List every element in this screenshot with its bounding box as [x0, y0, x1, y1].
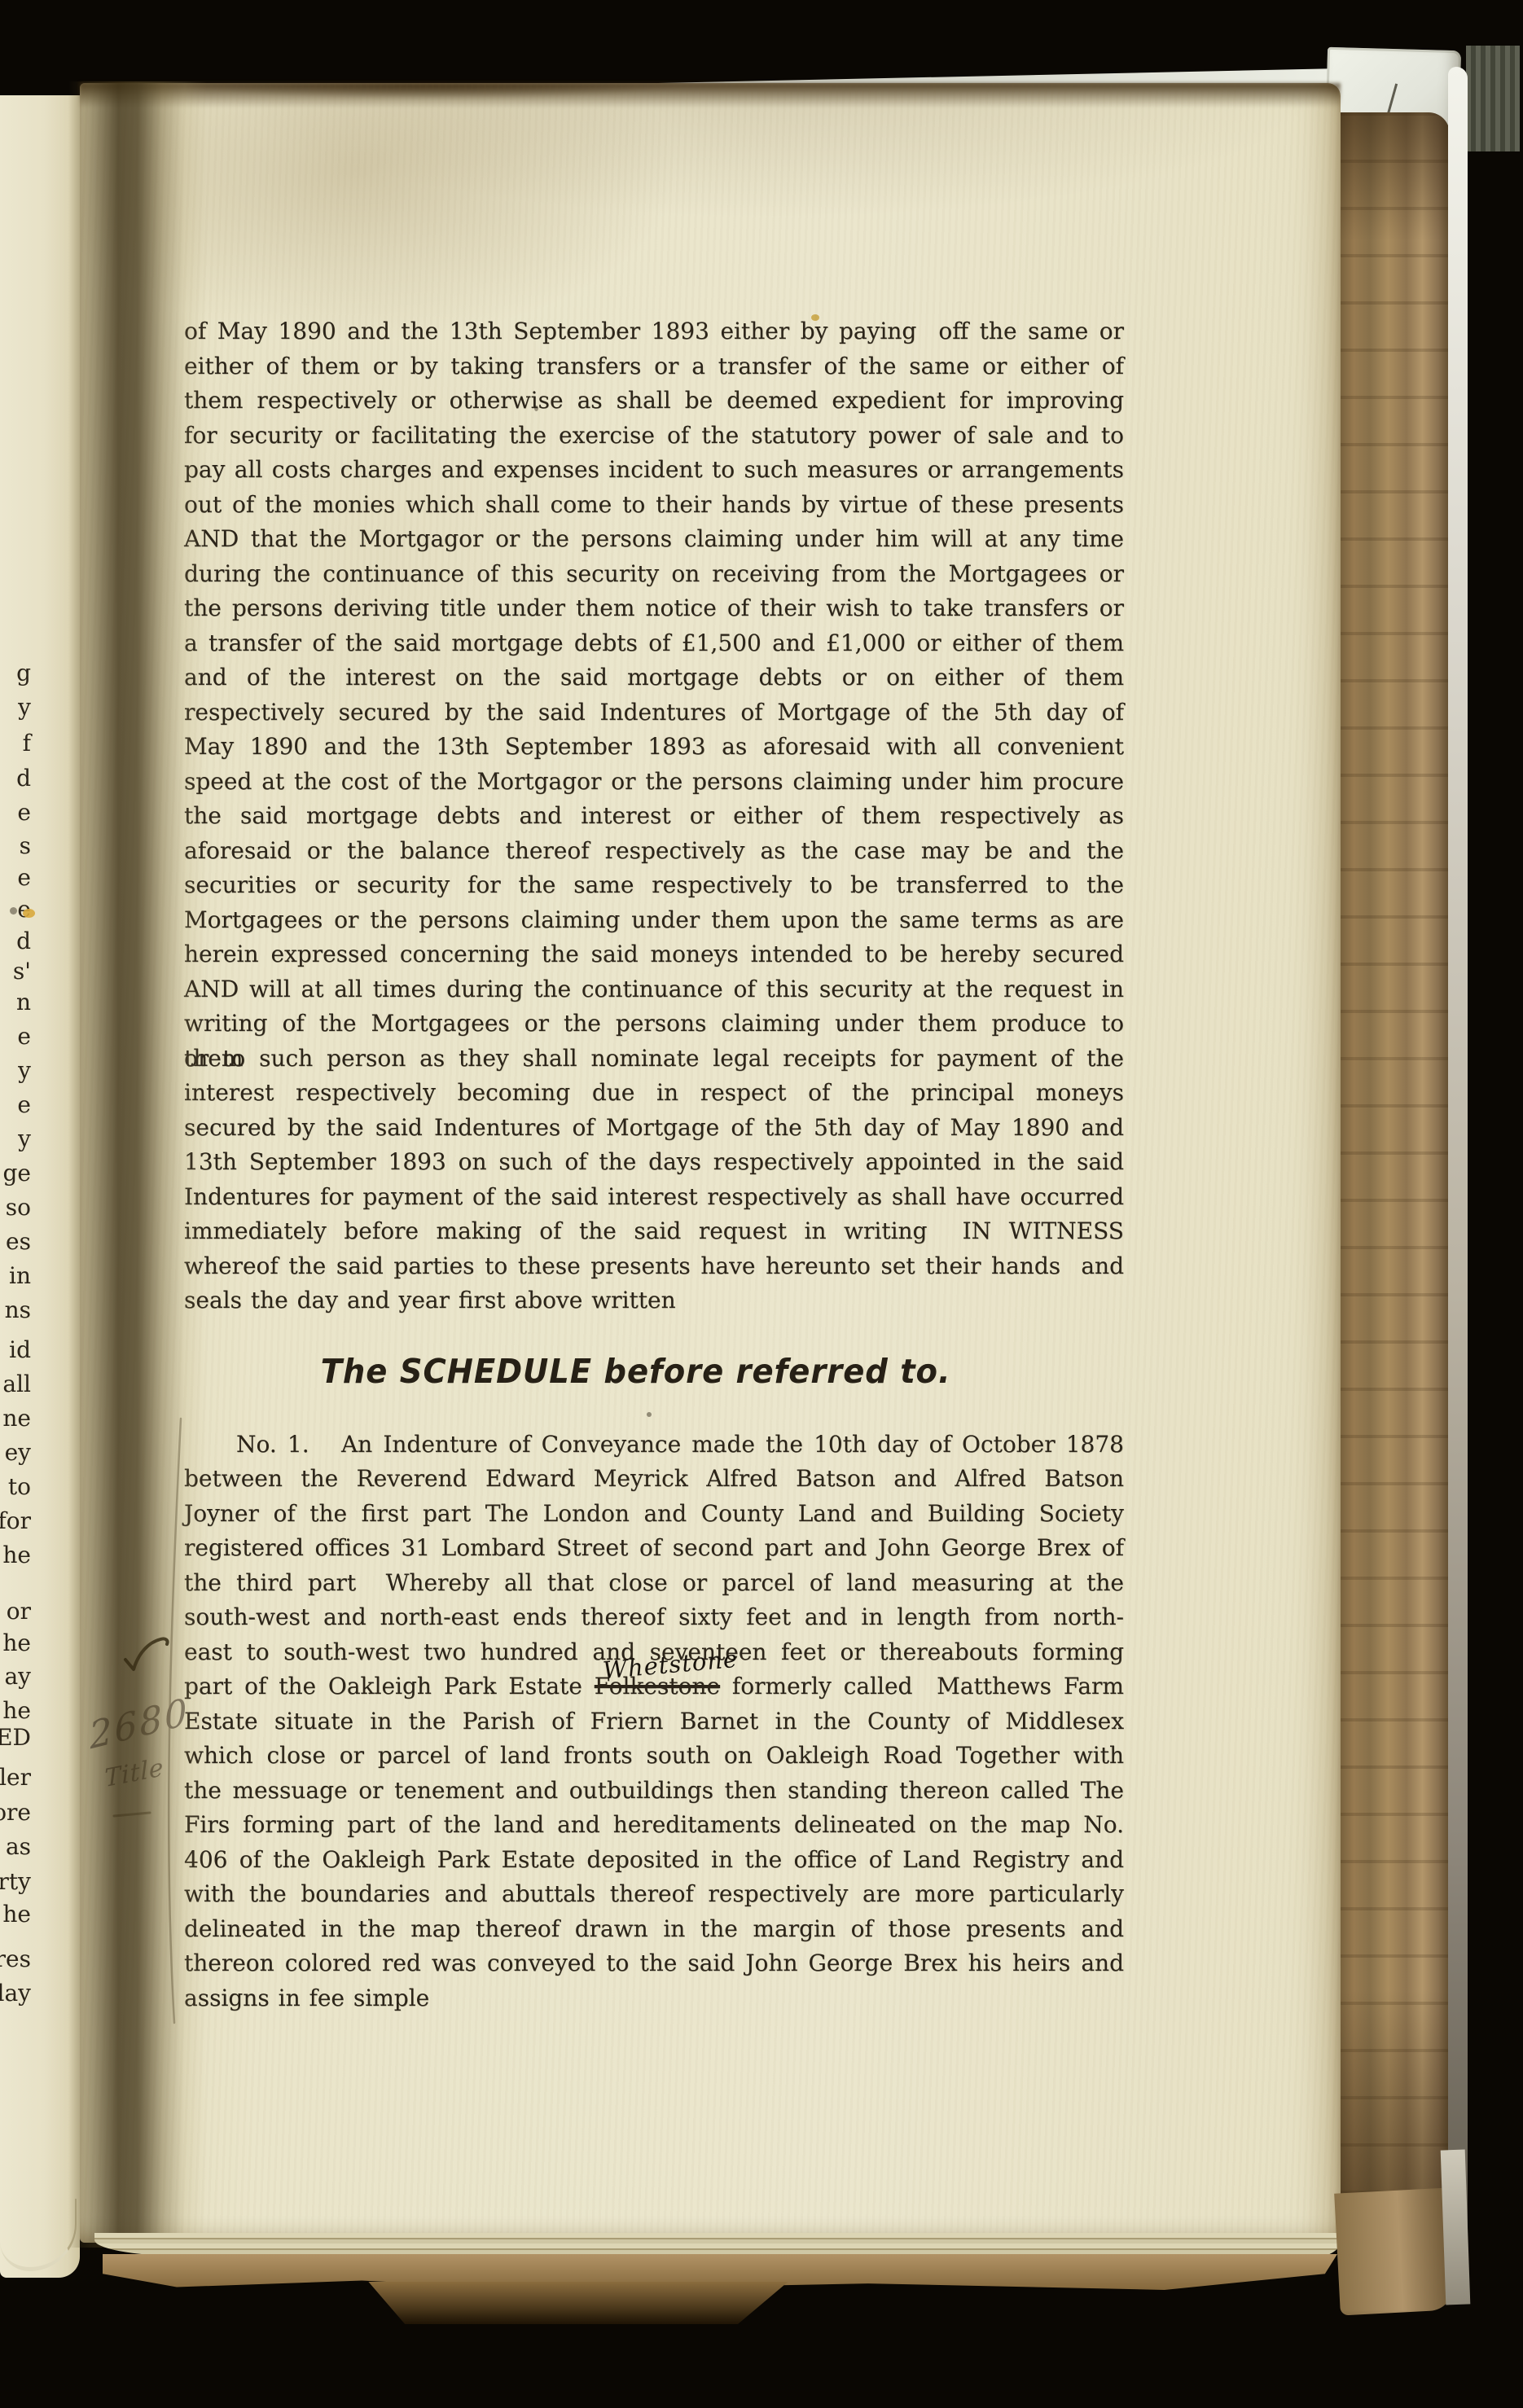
text-line: secured by the said Indentures of Mortga… [184, 1111, 1124, 1146]
text-line: speed at the cost of the Mortgagor or th… [184, 765, 1124, 800]
schedule-heading: The SCHEDULE before referred to. [184, 1348, 1088, 1395]
text-line: registered offices 31 Lombard Street of … [184, 1531, 1124, 1566]
text-line: a transfer of the said mortgage debts of… [184, 626, 1124, 661]
facing-page-text-fragment: ED [0, 1721, 31, 1755]
facing-page-text-fragment: e [17, 1020, 31, 1054]
text-line: Indentures for payment of the said inter… [184, 1180, 1124, 1215]
facing-page-text-fragment: he [2, 1538, 31, 1572]
text-line: 406 of the Oakleigh Park Estate deposite… [184, 1843, 1124, 1878]
text-line: whereof the said parties to these presen… [184, 1249, 1124, 1284]
text-line: writing of the Mortgagees or the persons… [184, 1007, 1124, 1042]
page-top-stain [80, 83, 1341, 107]
facing-page-text-fragment: e [17, 861, 31, 895]
text-line: immediately before making of the said re… [184, 1214, 1124, 1249]
facing-page-text-fragment: lay [0, 1976, 31, 2011]
book-photo: gyfdeseeds'neyeygesoesinnsidallneeytofor… [0, 0, 1523, 2408]
facing-page-text-fragment: so [6, 1191, 31, 1225]
schedule-heading-text: The SCHEDULE before referred to. [321, 1348, 951, 1395]
facing-page-text-fragment: ns [5, 1293, 31, 1327]
facing-page-text-fragment: es [6, 1225, 31, 1259]
underlying-sheet-right-edge [1448, 67, 1468, 2298]
text-line: delineated in the map thereof drawn in t… [184, 1912, 1124, 1947]
pencil-number: 2680 [88, 1689, 191, 1757]
text-block: of May 1890 and the 13th September 1893 … [184, 314, 1124, 2015]
facing-page-text-fragment: d [16, 924, 31, 958]
facing-page-text-fragment: e [17, 796, 31, 830]
facing-page-text-fragment: f [23, 726, 31, 761]
text-line: May 1890 and the 13th September 1893 as … [184, 730, 1124, 765]
facing-page-text-fragment: s [20, 829, 31, 863]
text-line: seals the day and year first above writt… [184, 1283, 1124, 1318]
text-line: the messuage or tenement and outbuilding… [184, 1774, 1124, 1809]
paper-fleck [23, 909, 35, 918]
facing-page-text-fragment: ey [5, 1436, 31, 1470]
text-line: assigns in fee simple [184, 1981, 1124, 2016]
paper-fleck [10, 907, 17, 915]
text-line: which close or parcel of land fronts sou… [184, 1739, 1124, 1774]
facing-page-text-fragment: or [7, 1594, 31, 1629]
pencil-title: Title [104, 1753, 165, 1793]
facing-page-text-fragment: ay [4, 1660, 31, 1694]
facing-page-text-fragment: as [6, 1830, 31, 1864]
facing-page-text-fragment: ler [0, 1761, 31, 1795]
facing-page-text-fragment: ge [3, 1156, 32, 1191]
text-line: or to such person as they shall nominate… [184, 1042, 1124, 1077]
text-line: herein expressed concerning the said mon… [184, 937, 1124, 972]
text-line: out of the monies which shall come to th… [184, 488, 1124, 523]
text-line: and of the interest on the said mortgage… [184, 660, 1124, 695]
text-line: AND will at all times during the continu… [184, 972, 1124, 1007]
facing-page-text-fragment: he [2, 1897, 31, 1932]
facing-page-text-fragment: ore [0, 1796, 31, 1830]
bottom-right-page-corner [1334, 2187, 1455, 2315]
facing-page-text-fragment: in [9, 1259, 31, 1293]
text-line: for security or facilitating the exercis… [184, 419, 1124, 454]
facing-page-text-fragment: e [17, 1088, 31, 1122]
facing-page-text-fragment: res [0, 1942, 31, 1976]
facing-page-text-fragment: id [9, 1333, 31, 1367]
text-line: aforesaid or the balance thereof respect… [184, 834, 1124, 869]
text-line: either of them or by taking transfers or… [184, 349, 1124, 384]
facing-page-text-fragment: g [16, 656, 31, 691]
facing-page-edge: gyfdeseeds'neyeygesoesinnsidallneeytofor… [0, 95, 80, 2278]
text-line: between the Reverend Edward Meyrick Alfr… [184, 1462, 1124, 1497]
facing-page-text-fragment: rty [0, 1865, 31, 1899]
text-line: securities or security for the same resp… [184, 868, 1124, 903]
text-line: Mortgagees or the persons claiming under… [184, 903, 1124, 938]
book-cover-edge [1466, 46, 1520, 151]
text-line: them respectively or otherwise as shall … [184, 384, 1124, 419]
facing-page-text-fragment: all [2, 1367, 31, 1401]
document-page: of May 1890 and the 13th September 1893 … [80, 83, 1341, 2243]
facing-page-text-fragment: to [8, 1470, 31, 1504]
text-line: pay all costs charges and expenses incid… [184, 453, 1124, 488]
struck-word-wrap: FolkestoneWhetstone [595, 1669, 720, 1704]
text-line: south-west and north-east ends thereof s… [184, 1600, 1124, 1635]
facing-page-text-fragment: for [0, 1504, 31, 1538]
bottom-shadow [0, 2309, 1523, 2408]
text-line: interest respectively becoming due in re… [184, 1076, 1124, 1111]
text-line: of May 1890 and the 13th September 1893 … [184, 314, 1124, 349]
text-line: thereon colored red was conveyed to the … [184, 1946, 1124, 1981]
paragraph-schedule: No. 1. An Indenture of Conveyance made t… [184, 1428, 1124, 2016]
pencil-checkmark [125, 1638, 168, 1669]
page-edges-bottom-light [94, 2233, 1344, 2256]
facing-page-text-fragment: y [18, 1122, 31, 1156]
paragraph-main: of May 1890 and the 13th September 1893 … [184, 314, 1124, 1318]
text-line: Joyner of the first part The London and … [184, 1497, 1124, 1532]
facing-page-text-fragment: y [18, 1054, 31, 1088]
facing-page-text-fragment: d [16, 761, 31, 796]
facing-page-text-fragment: he [2, 1626, 31, 1660]
text-line: part of the Oakleigh Park Estate Folkest… [184, 1669, 1124, 1704]
text-line: respectively secured by the said Indentu… [184, 695, 1124, 730]
facing-page-text-fragment: y [18, 691, 31, 725]
text-line: the said mortgage debts and interest or … [184, 799, 1124, 834]
text-line: the third part Whereby all that close or… [184, 1566, 1124, 1601]
facing-page-text-fragment: n [16, 985, 31, 1020]
text-line: 13th September 1893 on such of the days … [184, 1145, 1124, 1180]
facing-page-text-fragment: ne [2, 1401, 31, 1436]
text-line: with the boundaries and abuttals thereof… [184, 1877, 1124, 1912]
page-edges-right [1336, 112, 1450, 2246]
text-line: the persons deriving title under them no… [184, 591, 1124, 626]
text-line: during the continuance of this security … [184, 557, 1124, 592]
text-line: Firs forming part of the land and heredi… [184, 1808, 1124, 1843]
text-line: No. 1. An Indenture of Conveyance made t… [184, 1428, 1124, 1463]
text-line: AND that the Mortgagor or the persons cl… [184, 522, 1124, 557]
pencil-underline [114, 1813, 150, 1816]
text-line: Estate situate in the Parish of Friern B… [184, 1704, 1124, 1739]
facing-page-text-fragment: s' [13, 954, 31, 989]
